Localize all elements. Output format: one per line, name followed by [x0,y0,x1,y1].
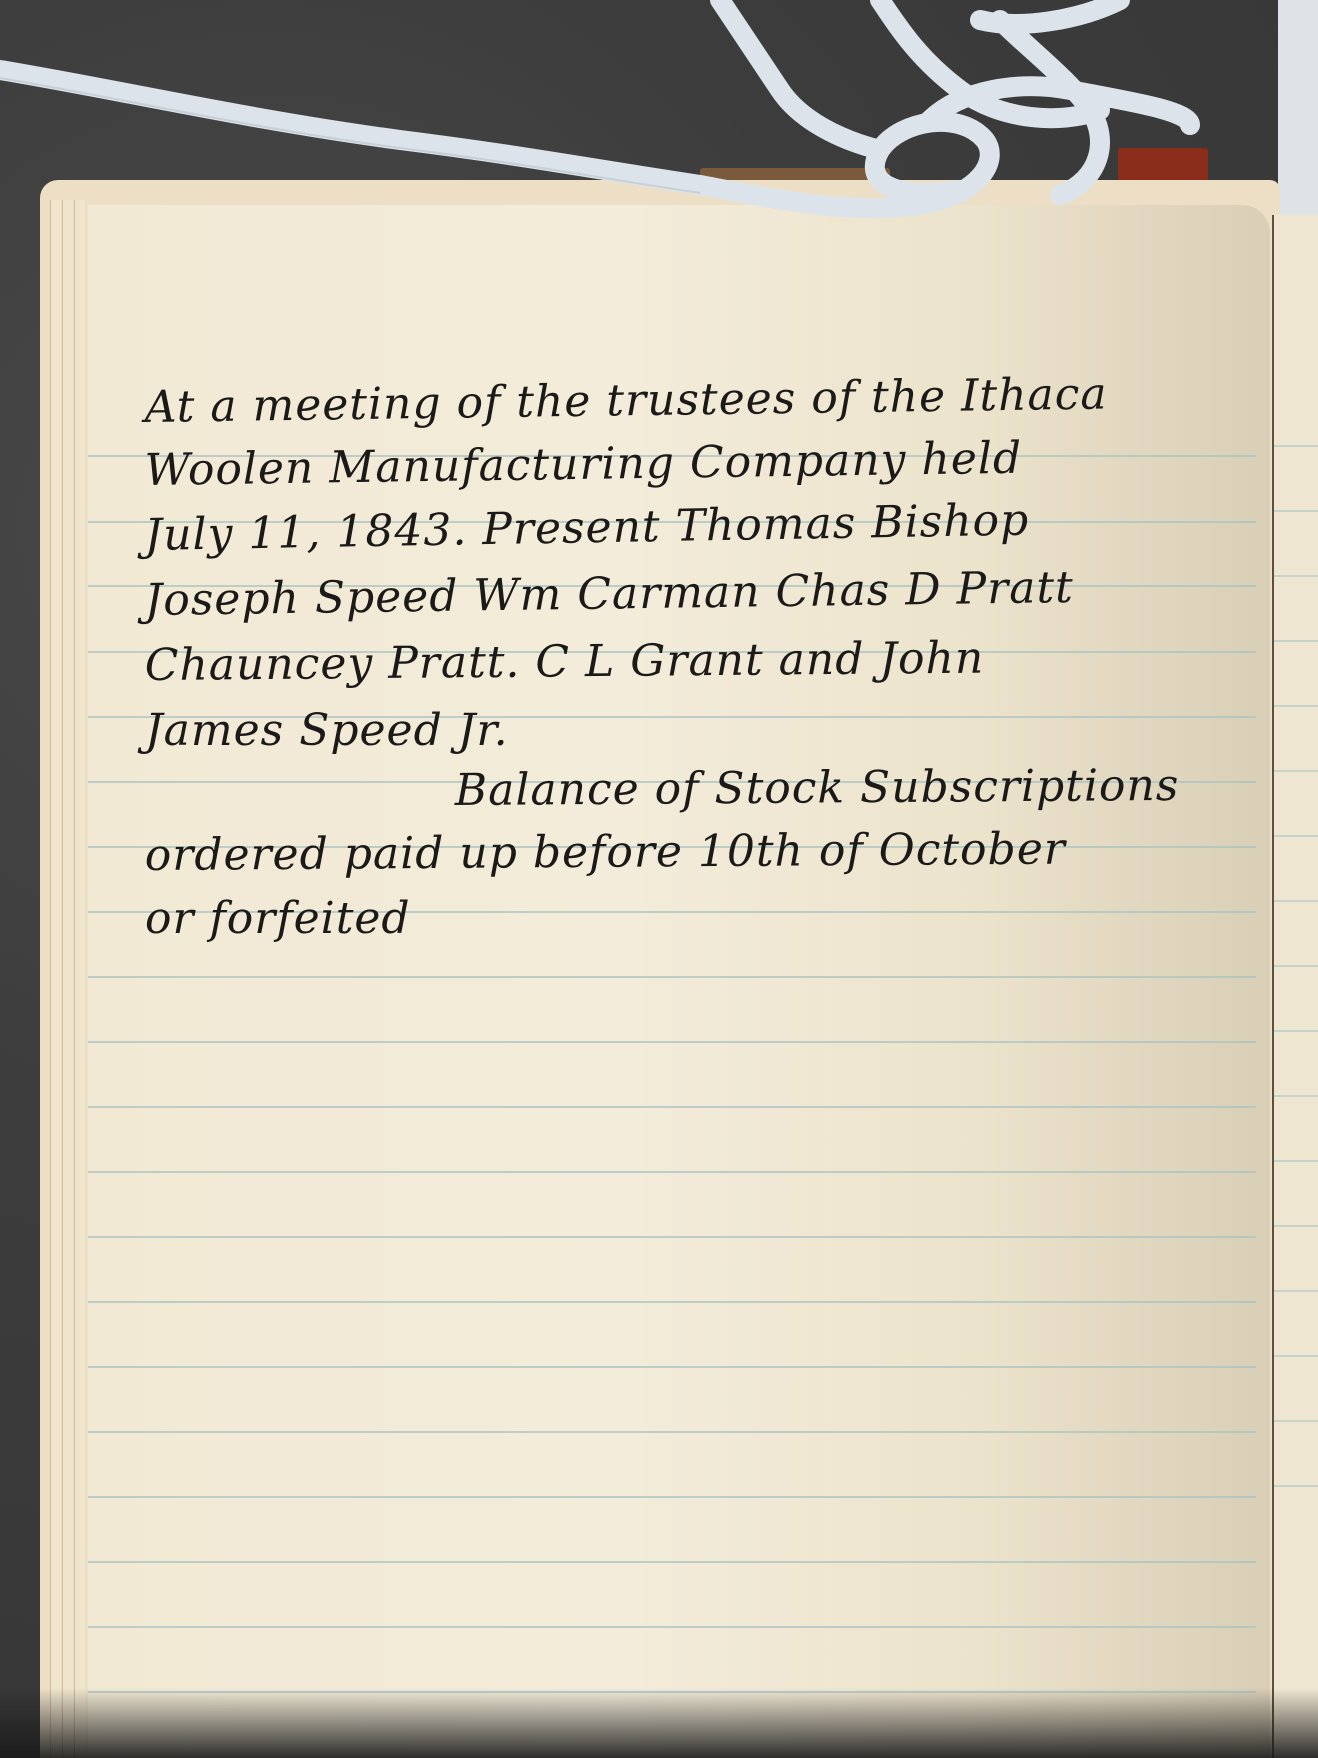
entry-line: James Speed Jr. [145,705,509,756]
cord-icon [0,0,1318,260]
page-edge [62,200,73,1758]
entry-line: Balance of Stock Subscriptions [455,760,1180,816]
entry-line: Chauncey Pratt. C L Grant and John [145,633,985,691]
entry-line: ordered paid up before 10th of October [145,824,1066,881]
page-edge [50,200,61,1758]
page-edge [74,200,85,1758]
facing-page [1272,215,1318,1758]
bottom-shadow [0,1688,1318,1758]
entry-line: or forfeited [145,893,411,944]
